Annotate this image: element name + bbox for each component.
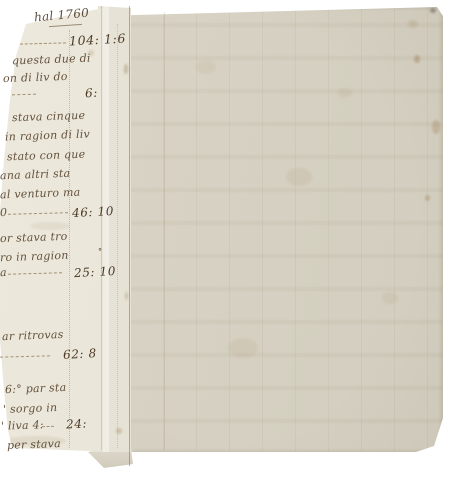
- manuscript-line: stava cinque: [12, 109, 86, 125]
- manuscript-line: ar ritrovas: [2, 328, 64, 343]
- stub-edge-line: [129, 6, 130, 466]
- manuscript-line: 0: [0, 206, 7, 219]
- manuscript-line: ana altri sta: [0, 167, 71, 182]
- manuscript-line: a: [0, 266, 7, 279]
- ruled-dashes: [0, 355, 50, 357]
- ruled-dashes: [8, 212, 68, 215]
- amount-entry: 104: 1:6: [69, 31, 127, 49]
- amount-entry: 6:: [85, 86, 99, 101]
- manuscript-scan: hal 1760 questa due di on di liv do stav…: [0, 0, 462, 500]
- manuscript-line: per stava: [7, 437, 61, 452]
- manuscript-line: questa due di: [12, 52, 91, 68]
- amount-entry: 25: 10: [74, 264, 117, 280]
- manuscript-line: 6:° par sta: [5, 381, 67, 396]
- handwriting-layer: hal 1760 questa due di on di liv do stav…: [0, 0, 462, 500]
- ruled-dashes: [8, 272, 62, 274]
- amount-entry: 46: 10: [72, 204, 115, 220]
- amount-entry: 24:: [66, 416, 88, 431]
- fold-crease-line: [101, 6, 102, 450]
- degree-mark: °: [98, 247, 102, 256]
- column-rule: [69, 30, 70, 448]
- manuscript-line: stato con que: [7, 148, 86, 164]
- column-rule: [117, 24, 118, 448]
- manuscript-line: or stava tro: [0, 230, 68, 245]
- year-heading: hal 1760: [33, 6, 89, 25]
- manuscript-line: in ragion di liv: [5, 128, 90, 144]
- ruled-dashes: [12, 94, 36, 96]
- manuscript-line: ' liva 4:: [1, 418, 44, 432]
- heading-underline: [49, 24, 82, 27]
- manuscript-line: ro in ragion: [0, 249, 69, 264]
- ruled-dashes: [20, 42, 66, 44]
- manuscript-line: ' sorgo in: [3, 401, 58, 416]
- manuscript-line: on di liv do: [3, 70, 68, 85]
- amount-entry: 62: 8: [63, 346, 97, 362]
- chain-crease-line: [164, 12, 165, 450]
